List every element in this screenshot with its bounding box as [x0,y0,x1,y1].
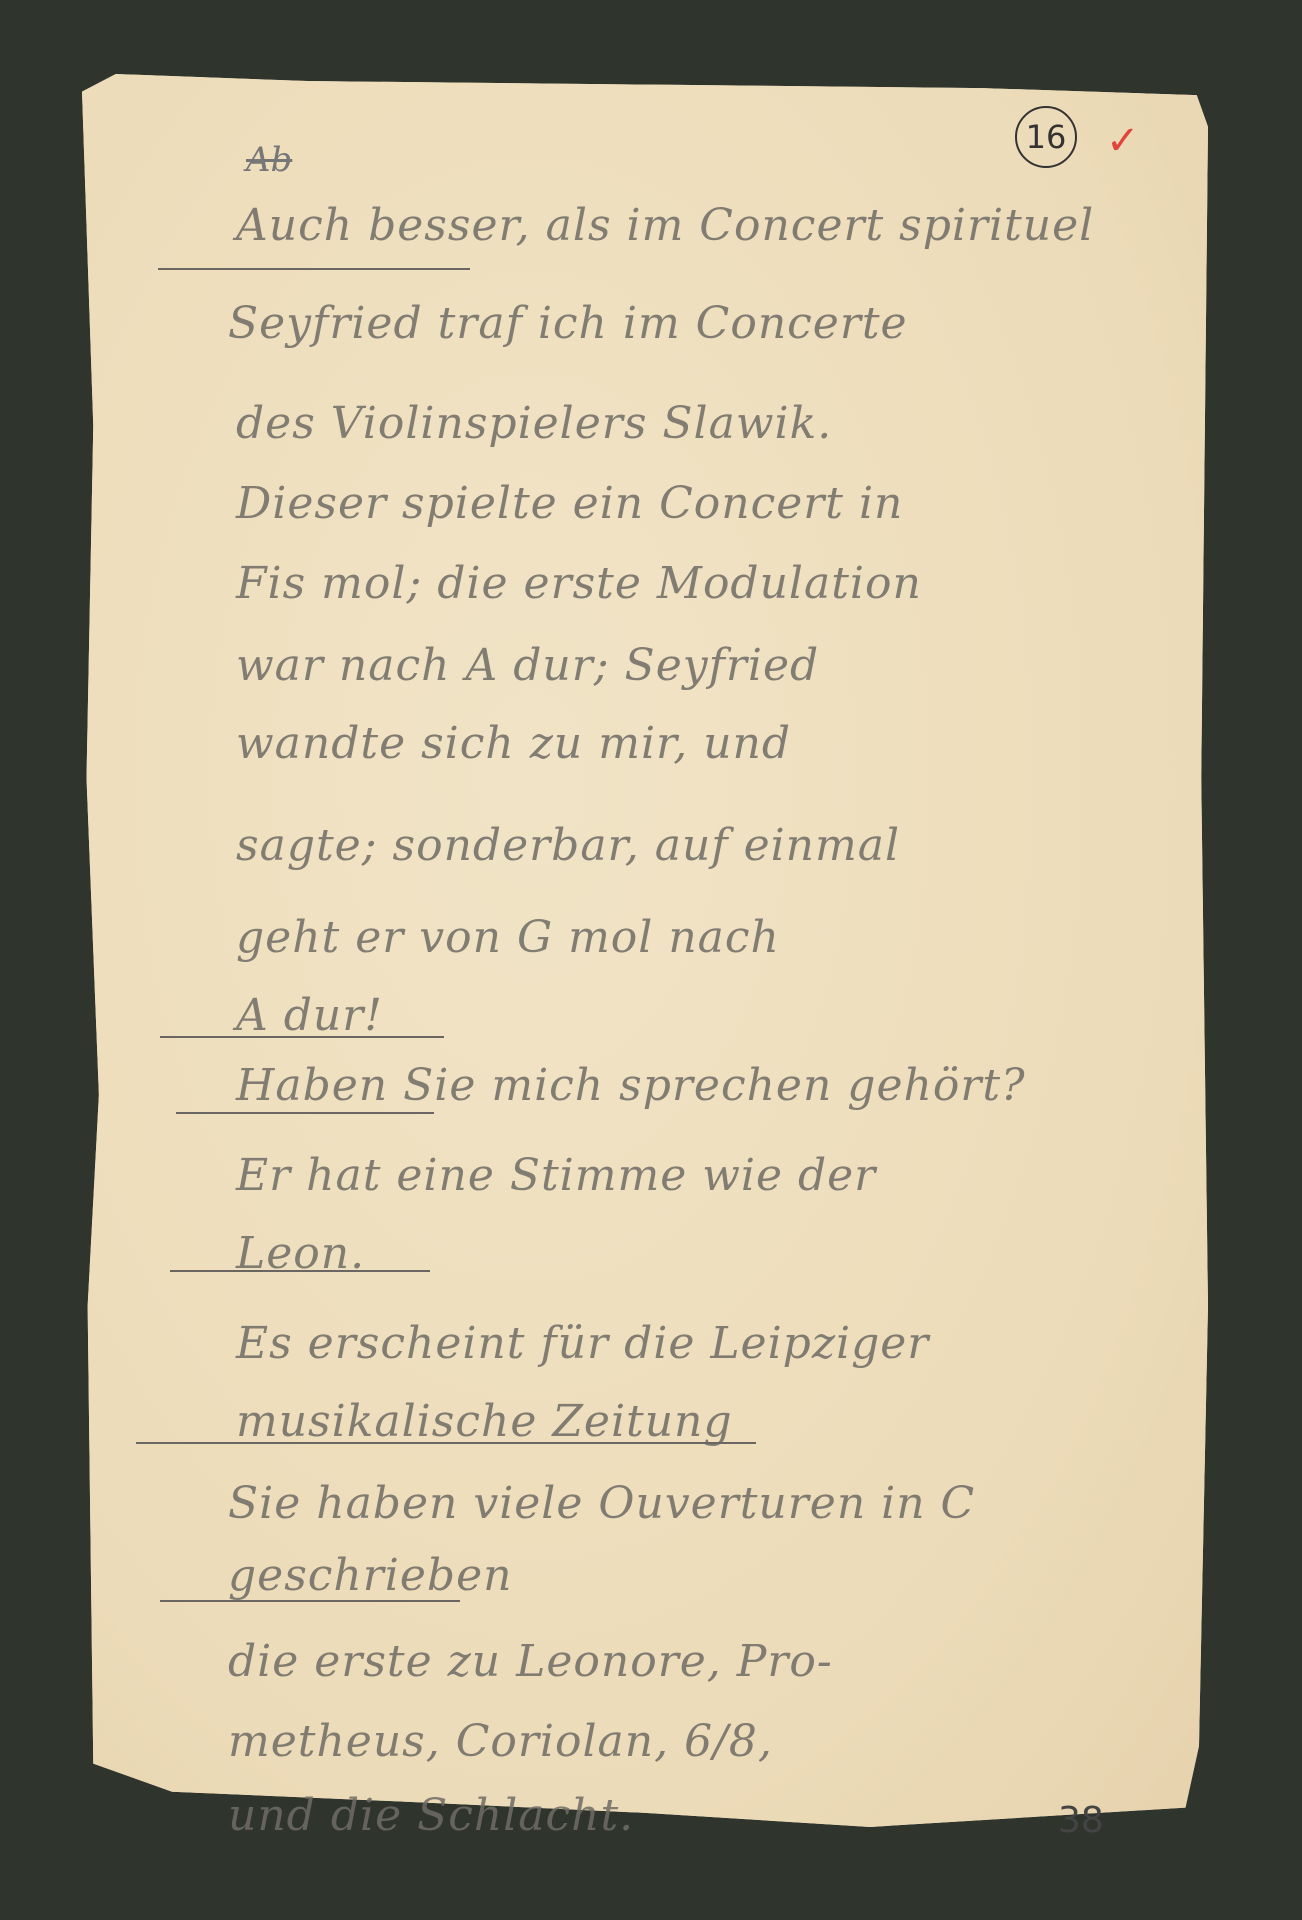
manuscript-line: geschrieben [228,1550,512,1601]
page-number: 38 [1058,1800,1104,1841]
manuscript-line: Auch besser, als im Concert spirituel [236,200,1094,251]
underline-rule [136,1442,756,1444]
manuscript-line: Seyfried traf ich im Concerte [228,298,908,349]
manuscript-line: geht er von G mol nach [236,912,780,963]
manuscript-line: Haben Sie mich sprechen gehört? [236,1060,1026,1111]
underline-rule [176,1112,434,1114]
underline-rule [160,1600,460,1602]
manuscript-line: und die Schlacht. [228,1790,634,1841]
manuscript-line: Er hat eine Stimme wie der [236,1150,876,1201]
manuscript-line: metheus, Coriolan, 6/8, [228,1716,773,1767]
manuscript-line: A dur! [236,990,383,1041]
manuscript-line: Es erscheint für die Leipziger [236,1318,929,1369]
manuscript-line: wandte sich zu mir, und [236,718,791,769]
manuscript-line: Dieser spielte ein Concert in [236,478,903,529]
manuscript-line: Sie haben viele Ouverturen in C [228,1478,975,1529]
underline-rule [160,1036,444,1038]
underline-rule [170,1270,430,1272]
manuscript-line: Fis mol; die erste Modulation [236,558,922,609]
manuscript-line: des Violinspielers Slawik. [236,398,832,449]
struck-heading: Ab [246,140,292,180]
check-mark-icon: ✓ [1106,118,1140,164]
manuscript-line: die erste zu Leonore, Pro- [228,1636,833,1687]
manuscript-line: musikalische Zeitung [236,1396,733,1447]
manuscript-line: sagte; sonderbar, auf einmal [236,820,900,871]
folio-number-circle: 16 [1015,106,1077,168]
underline-rule [158,268,470,270]
manuscript-line: war nach A dur; Seyfried [236,640,819,691]
